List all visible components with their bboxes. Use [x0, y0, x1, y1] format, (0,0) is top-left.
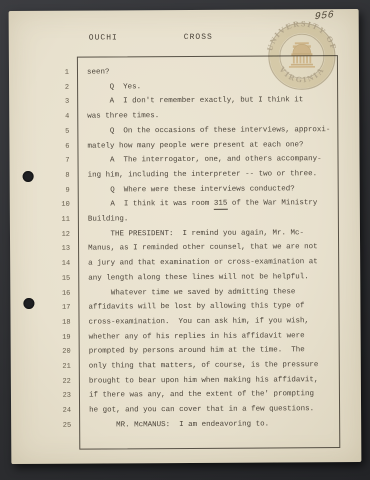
line-text: ing him, including the interpreter -- tw…	[70, 167, 318, 183]
line-number: 4	[9, 110, 69, 125]
line-number: 25	[11, 419, 71, 434]
line-number: 18	[10, 316, 70, 331]
line-number: 23	[11, 389, 71, 404]
line-number: 1	[9, 66, 69, 81]
line-number: 19	[11, 330, 71, 345]
line-text: Manus, as I reminded other counsel, that…	[70, 241, 318, 257]
line-text: whether any of his replies in his affida…	[71, 329, 305, 345]
line-number: 8	[10, 169, 70, 184]
line-text: if there was any, and the extent of the'…	[71, 388, 314, 404]
line-text: Q On the occasions of these interviews, …	[69, 123, 330, 139]
line-number: 15	[10, 272, 70, 287]
line-text: Building.	[70, 212, 129, 227]
line-number: 17	[10, 301, 70, 316]
line-number: 10	[10, 198, 70, 213]
line-text: seen?	[69, 65, 110, 80]
line-text: mately how many people were present at e…	[69, 138, 303, 154]
header-witness-name: OUCHI	[89, 33, 118, 42]
line-text: a jury and that examination or cross-exa…	[70, 255, 318, 271]
transcript-line: 18 cross-examination. You can ask him, i…	[10, 314, 360, 331]
line-number: 16	[10, 286, 70, 301]
line-text: Whatever time we saved by admitting thes…	[70, 285, 295, 301]
transcript-line: 8 ing him, including the interpreter -- …	[10, 167, 360, 184]
transcript-line: 25 MR. McMANUS: I am endeavoring to.	[11, 417, 361, 434]
line-number: 6	[9, 139, 69, 154]
svg-text:UNIVERSITY OF: UNIVERSITY OF	[265, 19, 338, 52]
transcript-line: 10 A I think it was room 315 of the War …	[10, 196, 360, 213]
line-number: 13	[10, 242, 70, 257]
line-number: 12	[10, 227, 70, 242]
line-text: MR. McMANUS: I am endeavoring to.	[71, 417, 269, 433]
transcript-line: 24 he got, and you can cover that in a f…	[11, 402, 361, 419]
line-text: A I don't remember exactly, but I think …	[69, 94, 303, 110]
line-number: 22	[11, 374, 71, 389]
header-examination-type: CROSS	[184, 33, 213, 42]
room-number-underline	[214, 209, 228, 210]
line-number: 3	[9, 95, 69, 110]
line-text: any length along these lines will not be…	[70, 270, 309, 286]
document-page: OUCHI CROSS UNIVERSITY OF VIRGINIA	[9, 9, 362, 464]
line-number: 24	[11, 404, 71, 419]
seal-arc-top-text: UNIVERSITY OF	[265, 19, 338, 52]
transcript-line: 5 Q On the occasions of these interviews…	[9, 123, 359, 140]
line-number: 2	[9, 80, 69, 95]
line-number: 11	[10, 213, 70, 228]
line-text: A The interrogator, one, and others acco…	[69, 152, 321, 168]
line-text: affidavits will be lost by allowing this…	[70, 300, 304, 316]
line-number: 9	[10, 183, 70, 198]
line-text: A I think it was room 315 of the War Min…	[70, 197, 318, 213]
line-text: prompted by persons around him at the ti…	[71, 344, 305, 360]
line-text: Q Where were these interviews conducted?	[70, 182, 295, 198]
transcript-lines: 1 seen? 2 Q Yes. 3 A I don't remember ex…	[9, 64, 361, 434]
transcript-line: 15 any length along these lines will not…	[10, 270, 360, 287]
line-text: he got, and you can cover that in a few …	[71, 402, 314, 418]
line-text: only thing that matters, of course, is t…	[71, 358, 319, 374]
page-number: 956	[315, 10, 335, 23]
line-text: was three times.	[69, 109, 159, 124]
line-text: Q Yes.	[69, 80, 141, 95]
line-text: THE PRESIDENT: I remind you again, Mr. M…	[70, 226, 304, 242]
line-text: brought to bear upon him when making his…	[71, 373, 319, 389]
line-number: 5	[9, 125, 69, 140]
line-number: 20	[11, 345, 71, 360]
line-number: 7	[9, 154, 69, 169]
line-number: 21	[11, 360, 71, 375]
line-text: cross-examination. You can ask him, if y…	[70, 314, 309, 330]
line-number: 14	[10, 257, 70, 272]
